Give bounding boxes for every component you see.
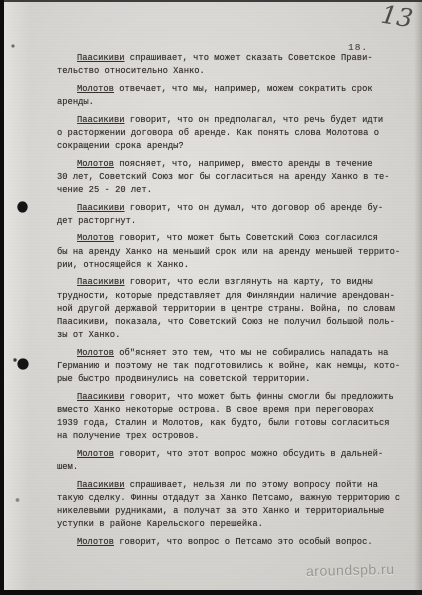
paragraph: Молотов об"ясняет это тем, что мы не соб…	[57, 347, 409, 387]
paragraph: Молотов говорит, что может быть Советски…	[57, 232, 409, 272]
scanned-document-page: 13 18. Паасикиви спрашивает, что может с…	[0, 0, 422, 595]
left-margin-highlight	[4, 0, 30, 595]
speaker-name: Паасикиви	[77, 203, 125, 213]
paragraph: Молотов говорит, что вопрос о Петсамо эт…	[57, 536, 409, 549]
paragraph: Молотов отвечает, что мы, например, може…	[57, 83, 409, 109]
speaker-name: Молотов	[77, 233, 114, 243]
paragraph: Паасикиви говорит, что он думал, что дог…	[57, 202, 409, 228]
speaker-name: Молотов	[77, 537, 114, 547]
scan-edge-top	[0, 0, 422, 2]
scan-edge-left	[0, 0, 4, 595]
paragraph: Паасикиви говорит, что если взглянуть на…	[57, 276, 409, 342]
paragraph: Паасикиви спрашивает, нельзя ли по этому…	[57, 479, 409, 532]
speaker-name: Паасикиви	[77, 392, 125, 402]
watermark-aroundspb: aroundspb.ru	[306, 561, 395, 579]
typewritten-text: Паасикиви спрашивает, что может сказать …	[57, 52, 409, 554]
speaker-name: Паасикиви	[77, 53, 125, 63]
speaker-name: Паасикиви	[77, 480, 125, 490]
paragraph: Паасикиви говорит, что он предполагал, ч…	[57, 114, 409, 154]
scan-edge-right	[414, 0, 422, 595]
speaker-name: Молотов	[77, 159, 114, 169]
speaker-name: Молотов	[77, 84, 114, 94]
paragraph: Молотов поясняет, что, например, вместо …	[57, 158, 409, 198]
speaker-name: Паасикиви	[77, 277, 125, 287]
handwritten-archive-number: 13	[379, 2, 414, 32]
speaker-name: Молотов	[77, 348, 114, 358]
paragraph: Паасикиви говорит, что может быть финны …	[57, 391, 409, 444]
speaker-name: Паасикиви	[77, 115, 125, 125]
scan-edge-bottom	[0, 590, 422, 595]
speaker-name: Молотов	[77, 449, 114, 459]
paragraph: Паасикиви спрашивает, что может сказать …	[57, 52, 409, 78]
paragraph-text: говорит, что вопрос о Петсамо это особый…	[114, 537, 373, 547]
paragraph: Молотов говорит, что этот вопрос можно о…	[57, 448, 409, 474]
